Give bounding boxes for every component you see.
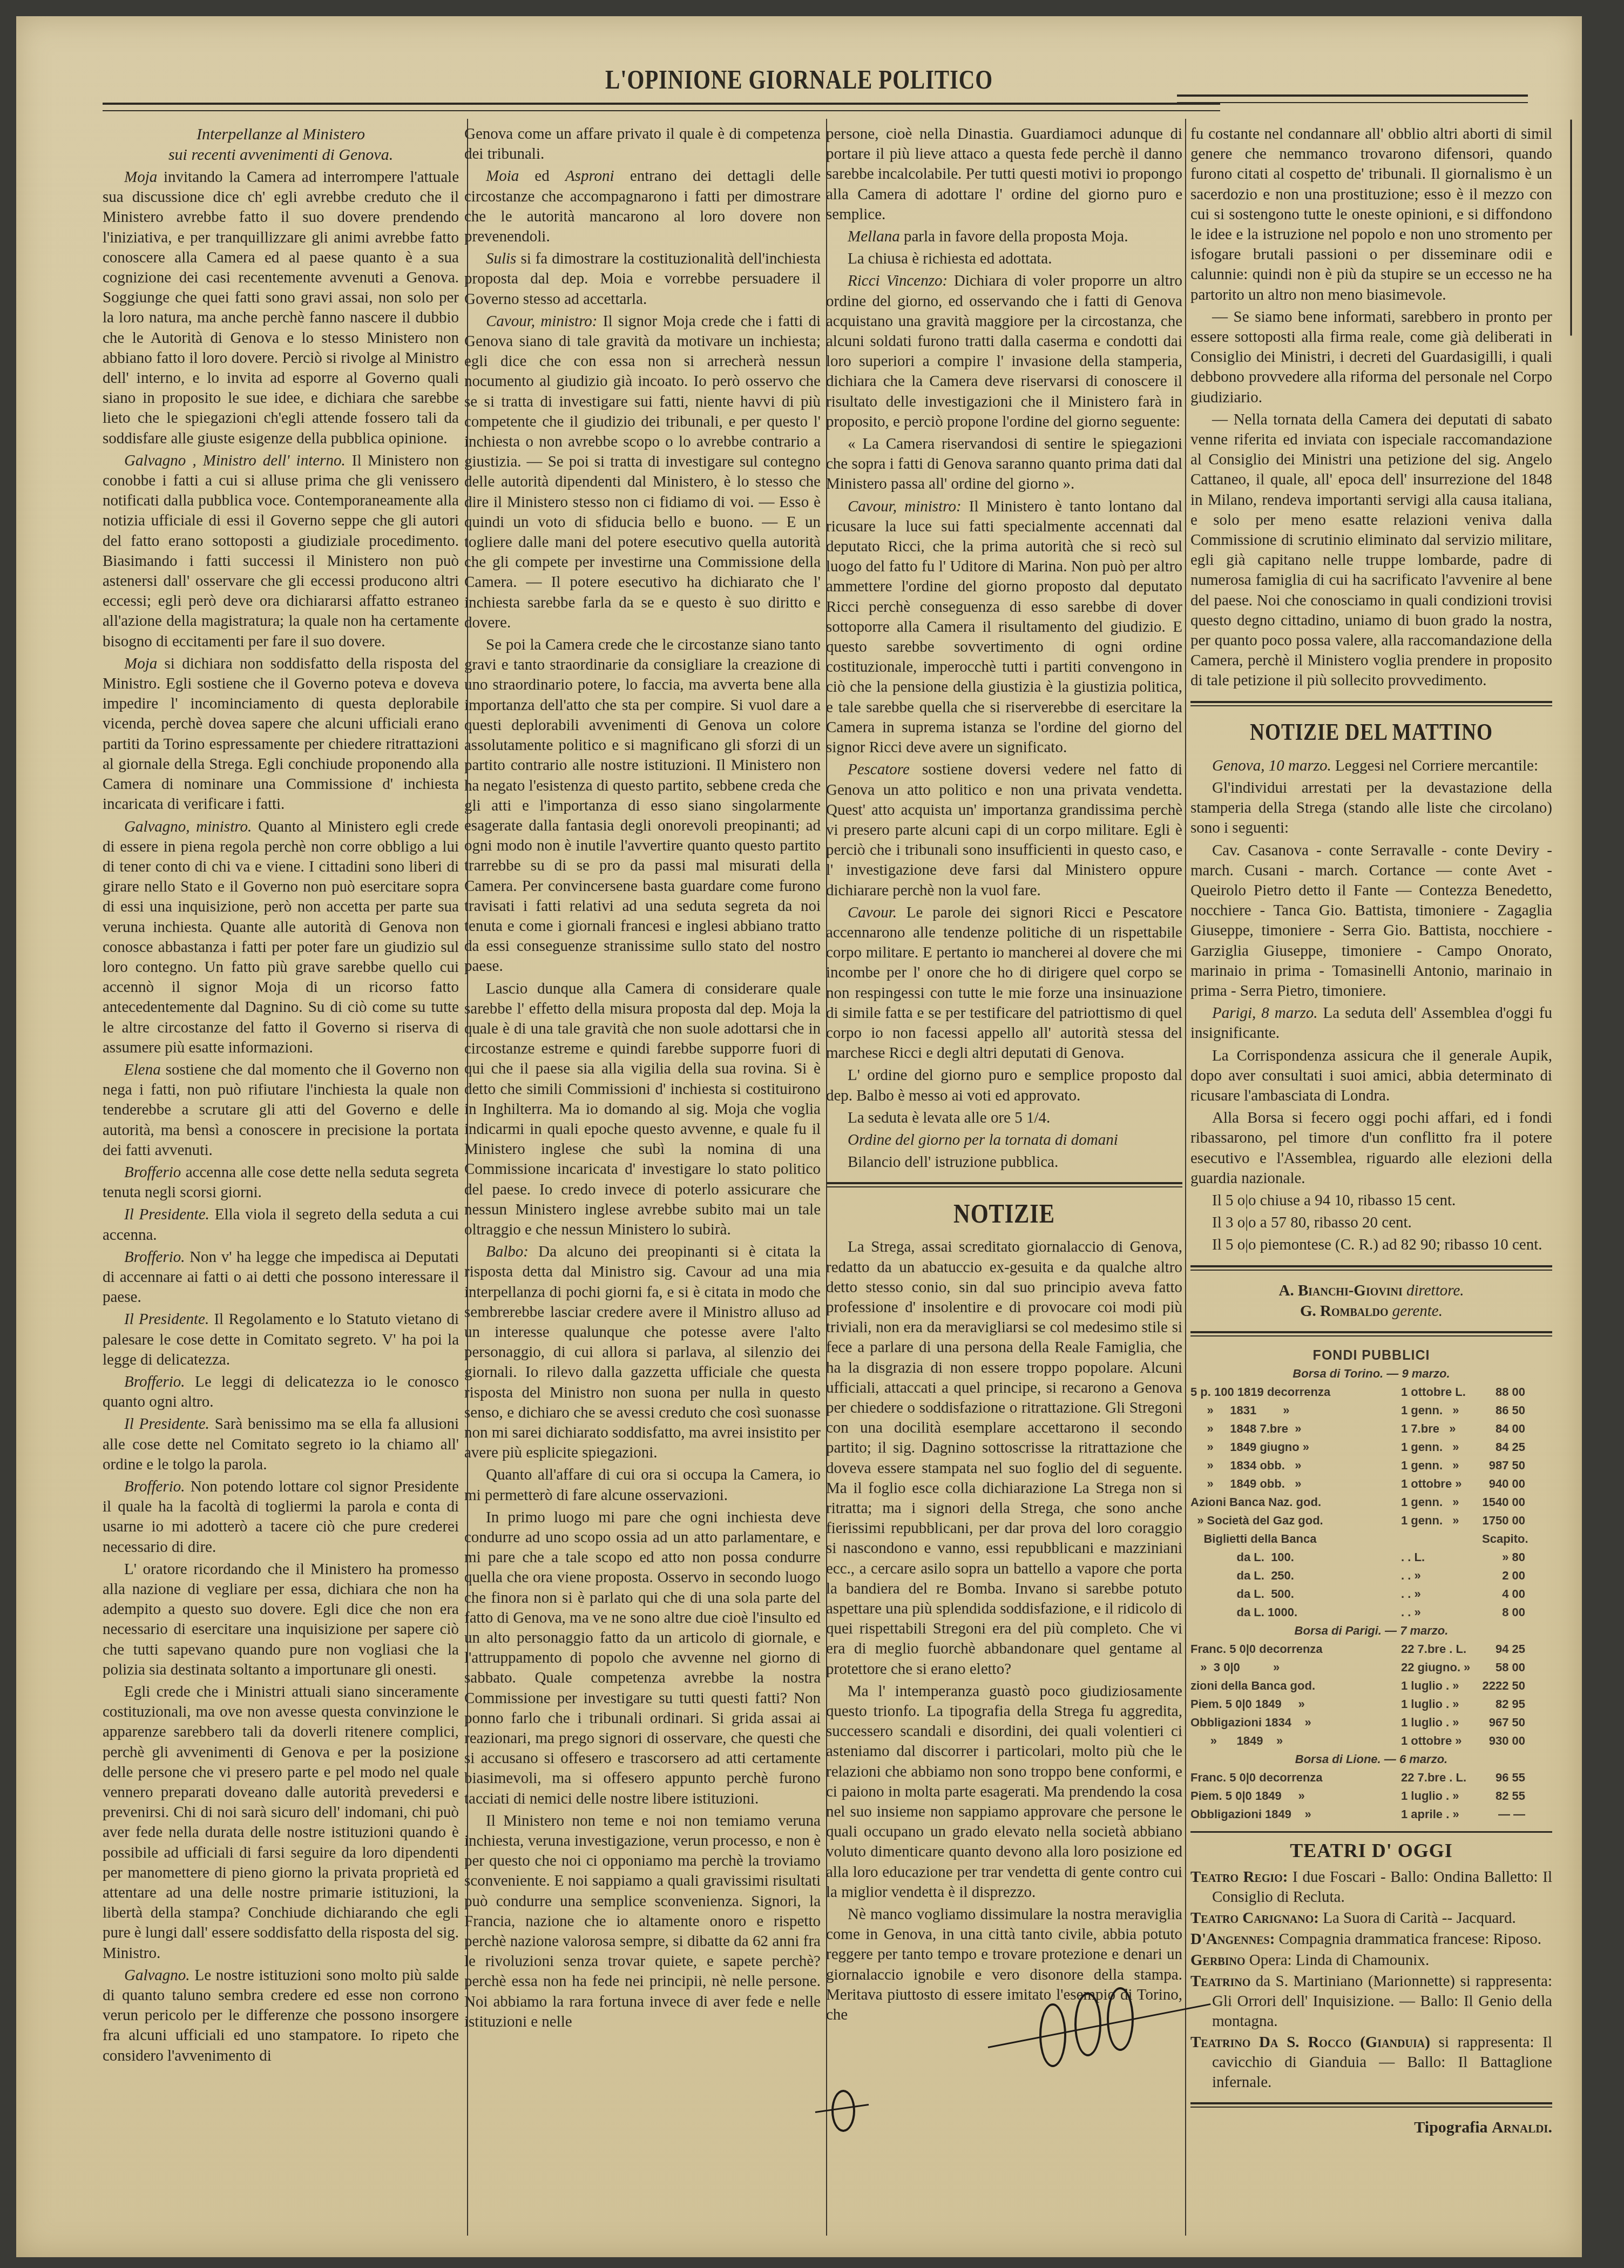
paragraph: Galvagno, ministro. Quanto al Ministero …: [103, 817, 459, 1058]
fondi-value: 2222 50: [1482, 1677, 1525, 1695]
paragraph-text: Cav. Casanova - conte Serravalle - conte…: [1190, 842, 1552, 1000]
paragraph-text: Alla Borsa si fecero oggi pochi affari, …: [1190, 1109, 1552, 1187]
fondi-row: Biglietti della BancaScapito.: [1190, 1530, 1552, 1548]
fondi-date: 1 aprile . »: [1401, 1805, 1482, 1824]
fondi-label: » 3 0|0 »: [1190, 1658, 1401, 1677]
fondi-label: da L. 250.: [1190, 1567, 1401, 1585]
fondi-label: da L. 1000.: [1190, 1603, 1401, 1622]
fondi-label: da L. 100.: [1190, 1548, 1401, 1567]
fondi-value: 1540 00: [1482, 1493, 1525, 1511]
paragraph-text: La Corrispondenza assicura che il genera…: [1190, 1047, 1552, 1104]
fondi-value: 96 55: [1482, 1769, 1525, 1787]
fondi-value: 2 00: [1482, 1567, 1525, 1585]
paragraph: Brofferio. Non v' ha legge che impedisca…: [103, 1247, 459, 1308]
paragraph-text: L' ordine del giorno puro e semplice pro…: [826, 1066, 1182, 1104]
fondi-value: 967 50: [1482, 1713, 1525, 1732]
teatro-listing: Teatro Carignano: La Suora di Carità -- …: [1190, 1908, 1552, 1928]
paragraph: Pescatore sostiene doversi vedere nel fa…: [826, 760, 1182, 900]
paragraph: La Strega, assai screditato giornalaccio…: [826, 1237, 1182, 1679]
section-rule: [1190, 701, 1552, 706]
speaker-name: Brofferio.: [124, 1373, 185, 1390]
paragraph-text: Il Ministero è tanto lontano dal ricusar…: [826, 498, 1182, 756]
fondi-label: Azioni Banca Naz. god.: [1190, 1493, 1401, 1511]
paragraph-text: si dichiara non soddisfatto della rispos…: [103, 655, 459, 813]
fondi-value: 82 55: [1482, 1787, 1525, 1805]
section-rule: [826, 1182, 1182, 1187]
teatri-heading: TEATRI D' OGGI: [1190, 1838, 1552, 1863]
column-2: Genova come un affare privato il quale è…: [464, 124, 821, 2034]
paragraph-text: invitando la Camera ad interrompere l'at…: [103, 168, 459, 447]
fondi-row: » Società del Gaz god.1 genn. »1750 00: [1190, 1511, 1552, 1530]
fondi-value: 987 50: [1482, 1456, 1525, 1475]
paragraph: Cavour. Le parole dei signori Ricci e Pe…: [826, 903, 1182, 1064]
fondi-date: 1 genn. »: [1401, 1511, 1482, 1530]
fondi-value: 1750 00: [1482, 1511, 1525, 1530]
paragraph: Moja invitando la Camera ad interrompere…: [103, 167, 459, 449]
fondi-date: [1401, 1530, 1482, 1548]
fondi-date: 22 giugno. »: [1401, 1658, 1482, 1677]
fondi-label: da L. 500.: [1190, 1585, 1401, 1603]
paragraph-text: Le parole dei signori Ricci e Pescatore …: [826, 904, 1182, 1062]
fondi-value: 930 00: [1482, 1732, 1525, 1750]
masthead-title: L'OPINIONE GIORNALE POLITICO: [157, 64, 1441, 95]
fondi-value: 58 00: [1482, 1658, 1525, 1677]
paragraph-text: fu costante nel condannare all' obblio a…: [1190, 125, 1552, 303]
speaker-name: Cavour, ministro:: [848, 498, 962, 515]
fondi-row: da L. 100.. . L.» 80: [1190, 1548, 1552, 1567]
fondi-date: 1 ottobre L.: [1401, 1383, 1482, 1401]
column-1: Interpellanze al Ministero sui recenti a…: [103, 124, 459, 2068]
teatro-listing: Teatro Regio: I due Foscari - Ballo: Ond…: [1190, 1867, 1552, 1907]
fondi-label: » 1849 obb. »: [1190, 1475, 1401, 1493]
speaker-name: Il Presidente.: [124, 1311, 209, 1328]
fondi-row: Obbligazioni 1849 »1 aprile . »— —: [1190, 1805, 1552, 1824]
paragraph-text: parla in favore della proposta Moja.: [900, 228, 1128, 245]
dateline: Parigi, 8 marzo.: [1212, 1004, 1318, 1022]
paragraph-text: Genova come un affare privato il quale è…: [464, 125, 821, 163]
fondi-label: » 1849 giugno »: [1190, 1438, 1401, 1456]
mattino-heading: NOTIZIE DEL MATTINO: [1217, 716, 1525, 748]
fondi-label: » 1834 obb. »: [1190, 1456, 1401, 1475]
paragraph-text: Se poi la Camera crede che le circostanz…: [464, 636, 821, 975]
paragraph-text: Dichiara di voler proporre un altro ordi…: [826, 272, 1182, 430]
fondi-label: Obbligazioni 1849 »: [1190, 1805, 1401, 1824]
fondi-label: » 1848 7.bre »: [1190, 1420, 1401, 1438]
section-rule: [1190, 1831, 1552, 1833]
fondi-date: 1 genn. »: [1401, 1401, 1482, 1420]
fondi-label: » 1849 »: [1190, 1732, 1401, 1750]
fondi-date: . . »: [1401, 1603, 1482, 1622]
paragraph: Brofferio. Non potendo lottare col signo…: [103, 1477, 459, 1557]
paragraph: Gl'individui arrestati per la devastazio…: [1190, 778, 1552, 839]
speaker-name: Pescatore: [848, 761, 910, 778]
paragraph-text: Ordine del giorno per la tornata di doma…: [848, 1131, 1118, 1149]
speaker-name: Galvagno.: [124, 1967, 190, 1984]
fondi-date: 1 7.bre »: [1401, 1420, 1482, 1438]
paragraph: Balbo: Da alcuno dei preopinanti si è ci…: [464, 1242, 821, 1463]
paragraph-text: La seduta è levata alle ore 5 1/4.: [848, 1109, 1050, 1126]
fondi-label: Biglietti della Banca: [1190, 1530, 1401, 1548]
speaker-name: Il Presidente.: [124, 1206, 209, 1223]
masthead-rule-right: [1177, 94, 1528, 103]
teatro-listing: Teatrino Da S. Rocco (Gianduia) si rappr…: [1190, 2033, 1552, 2092]
paragraph: Se poi la Camera crede che le circostanz…: [464, 635, 821, 976]
fondi-row: » 1849 giugno »1 genn. »84 25: [1190, 1438, 1552, 1456]
speaker-name: Ricci Vincenzo:: [848, 272, 948, 289]
speaker-name: Cavour.: [848, 904, 897, 921]
paragraph-text: Il signor Moja crede che i fatti di Geno…: [464, 313, 821, 631]
fondi-value: 4 00: [1482, 1585, 1525, 1603]
speaker-name: Moja: [124, 168, 157, 186]
teatro-name: Teatrino Da S. Rocco (Gianduia): [1190, 2034, 1430, 2051]
printer-label: Tipografia: [1414, 2118, 1492, 2136]
teatro-name: D'Angennes:: [1190, 1931, 1275, 1948]
paragraph: Cavour, ministro: Il signor Moja crede c…: [464, 312, 821, 633]
paragraph-text: — Se siamo bene informati, sarebbero in …: [1190, 308, 1552, 406]
teatro-listing: D'Angennes: Compagnia drammatica frances…: [1190, 1929, 1552, 1949]
paragraph: — Se siamo bene informati, sarebbero in …: [1190, 307, 1552, 408]
fondi-date: 1 genn. »: [1401, 1438, 1482, 1456]
fondi-value: 84 00: [1482, 1420, 1525, 1438]
paragraph: Brofferio. Le leggi di delicatezza io le…: [103, 1372, 459, 1412]
paragraph: La Corrispondenza assicura che il genera…: [1190, 1046, 1552, 1106]
paragraph: Sulis si fa dimostrare la costituzionali…: [464, 249, 821, 309]
fondi-row: Piem. 5 0|0 1849 »1 luglio . »82 95: [1190, 1695, 1552, 1713]
fondi-label: » 1831 »: [1190, 1401, 1401, 1420]
fondi-value: 84 25: [1482, 1438, 1525, 1456]
fondi-date: . . »: [1401, 1585, 1482, 1603]
signature-name: A. Bianchi-Giovini: [1278, 1282, 1406, 1299]
fondi-row: » 1834 obb. »1 genn. »987 50: [1190, 1456, 1552, 1475]
notizie-heading: NOTIZIE: [853, 1197, 1156, 1230]
speaker-name: Moja: [124, 655, 157, 672]
paragraph-text: Il 5 o|o piemontese (C. R.) ad 82 90; ri…: [1212, 1236, 1542, 1253]
fondi-row: Azioni Banca Naz. god.1 genn. »1540 00: [1190, 1493, 1552, 1511]
paragraph: Bilancio dell' istruzione pubblica.: [826, 1152, 1182, 1172]
fondi-value: » 80: [1482, 1548, 1525, 1567]
fondi-value: — —: [1482, 1805, 1525, 1824]
paragraph: Il 3 o|o a 57 80, ribasso 20 cent.: [1190, 1213, 1552, 1233]
ink-annotation-circle: [1074, 1993, 1101, 2056]
newspaper-page: L'OPINIONE GIORNALE POLITICO Interpellan…: [16, 16, 1582, 2257]
speaker-name: Brofferio.: [124, 1478, 185, 1495]
section-rule: [1190, 1265, 1552, 1271]
fondi-row: » 1849 »1 ottobre »930 00: [1190, 1732, 1552, 1750]
paragraph-text: persone, cioè nella Dinastia. Guardiamoc…: [826, 125, 1182, 223]
paragraph: fu costante nel condannare all' obblio a…: [1190, 124, 1552, 305]
fondi-row: 5 p. 100 1819 decorrenza1 ottobre L.88 0…: [1190, 1383, 1552, 1401]
paragraph-text: L' oratore ricordando che il Ministero h…: [103, 1561, 459, 1678]
dateline: Genova, 10 marzo.: [1212, 757, 1331, 774]
borsa-heading: Borsa di Lione. — 6 marzo.: [1190, 1750, 1552, 1769]
paragraph: La chiusa è richiesta ed adottata.: [826, 249, 1182, 269]
paragraph: Il 5 o|o chiuse a 94 10, ribasso 15 cent…: [1190, 1191, 1552, 1211]
speaker-name: Brofferio.: [124, 1248, 185, 1266]
fondi-value: 94 25: [1482, 1640, 1525, 1658]
fondi-label: » Società del Gaz god.: [1190, 1511, 1401, 1530]
fondi-date: 1 genn. »: [1401, 1456, 1482, 1475]
paragraph: Parigi, 8 marzo. La seduta dell' Assembl…: [1190, 1003, 1552, 1043]
paragraph-text: sostiene doversi vedere nel fatto di Gen…: [826, 761, 1182, 899]
column-3: persone, cioè nella Dinastia. Guardiamoc…: [826, 124, 1182, 2027]
paragraph: L' oratore ricordando che il Ministero h…: [103, 1560, 459, 1680]
fondi-value: 8 00: [1482, 1603, 1525, 1622]
fondi-row: Obbligazioni 1834 »1 luglio . »967 50: [1190, 1713, 1552, 1732]
fondi-row: da L. 250.. . »2 00: [1190, 1567, 1552, 1585]
paragraph: Ordine del giorno per la tornata di doma…: [826, 1130, 1182, 1150]
paragraph: Cav. Casanova - conte Serravalle - conte…: [1190, 841, 1552, 1002]
paragraph-text: Lascio dunque alla Camera di considerare…: [464, 980, 821, 1238]
fondi-date: 22 7.bre . L.: [1401, 1640, 1482, 1658]
fondi-date: 1 luglio . »: [1401, 1713, 1482, 1732]
fondi-row: Franc. 5 0|0 decorrenza22 7.bre . L.96 5…: [1190, 1769, 1552, 1787]
paragraph-text: Il 3 o|o a 57 80, ribasso 20 cent.: [1212, 1214, 1412, 1231]
paragraph: Brofferio accenna alle cose dette nella …: [103, 1163, 459, 1203]
fondi-date: . . L.: [1401, 1548, 1482, 1567]
paragraph: Cavour, ministro: Il Ministero è tanto l…: [826, 497, 1182, 758]
fondi-label: 5 p. 100 1819 decorrenza: [1190, 1383, 1401, 1401]
paragraph-text: Da alcuno dei preopinanti si è citata la…: [464, 1243, 821, 1461]
column-4: fu costante nel condannare all' obblio a…: [1190, 124, 1552, 2137]
paragraph: Il Presidente. Il Regolamento e lo Statu…: [103, 1309, 459, 1370]
paragraph-text: si fa dimostrare la costituzionalità del…: [464, 250, 821, 307]
fondi-date: 1 luglio . »: [1401, 1695, 1482, 1713]
speaker-name: Galvagno, ministro.: [124, 818, 252, 835]
paragraph-text: Ma l' intemperanza guastò poco giudizios…: [826, 1683, 1182, 1901]
paragraph: In primo luogo mi pare che ogni inchiest…: [464, 1508, 821, 1809]
fondi-row: Franc. 5 0|0 decorrenza22 7.bre . L.94 2…: [1190, 1640, 1552, 1658]
fondi-value: Scapito.: [1482, 1530, 1525, 1548]
fondi-label: zioni della Banca god.: [1190, 1677, 1401, 1695]
fondi-date: 1 luglio . »: [1401, 1787, 1482, 1805]
fondi-label: Franc. 5 0|0 decorrenza: [1190, 1769, 1401, 1787]
paragraph: Moia ed Asproni entrano dei dettagli del…: [464, 166, 821, 247]
speaker-name: Elena: [124, 1061, 161, 1078]
fondi-value: 86 50: [1482, 1401, 1525, 1420]
paragraph-text: Il 5 o|o chiuse a 94 10, ribasso 15 cent…: [1212, 1192, 1456, 1209]
paragraph: L' ordine del giorno puro e semplice pro…: [826, 1065, 1182, 1105]
paragraph: La seduta è levata alle ore 5 1/4.: [826, 1108, 1182, 1128]
paragraph: Egli crede che i Ministri attuali siano …: [103, 1682, 459, 1963]
paragraph: Ma l' intemperanza guastò poco giudizios…: [826, 1682, 1182, 1902]
speaker-name: Moia: [486, 167, 519, 185]
speaker-name: Galvagno , Ministro dell' interno.: [124, 452, 346, 469]
paragraph: Genova come un affare privato il quale è…: [464, 124, 821, 164]
borsa-heading: Borsa di Parigi. — 7 marzo.: [1190, 1622, 1552, 1640]
paragraph: Elena sostiene che dal momento che il Go…: [103, 1060, 459, 1160]
fondi-value: 88 00: [1482, 1383, 1525, 1401]
signature-role: direttore.: [1406, 1282, 1464, 1299]
teatro-listing: Teatrino da S. Martiniano (Marionnette) …: [1190, 1972, 1552, 2031]
signature-role: gerente.: [1392, 1302, 1443, 1320]
signature: G. Rombaldo gerente.: [1190, 1301, 1552, 1321]
speaker-name: Mellana: [848, 228, 900, 245]
paragraph: Galvagno. Le nostre istituzioni sono mol…: [103, 1966, 459, 2066]
fondi-date: 1 ottobre »: [1401, 1475, 1482, 1493]
paragraph: persone, cioè nella Dinastia. Guardiamoc…: [826, 124, 1182, 225]
signature-name: G. Rombaldo: [1300, 1302, 1392, 1320]
speaker-name: Cavour, ministro:: [486, 313, 598, 330]
printer-credit: Tipografia Arnaldi.: [1190, 2117, 1552, 2137]
paragraph-text: La chiusa è richiesta ed adottata.: [848, 250, 1052, 267]
speaker-name: Il Presidente.: [124, 1415, 209, 1433]
paragraph: « La Camera riservandosi di sentire le s…: [826, 434, 1182, 495]
teatro-program: da S. Martiniano (Marionnette) si rappre…: [1212, 1973, 1552, 2030]
fondi-row: da L. 1000.. . »8 00: [1190, 1603, 1552, 1622]
fondi-label: Piem. 5 0|0 1849 »: [1190, 1695, 1401, 1713]
ink-annotation-bracket: [1571, 120, 1572, 336]
fondi-row: Piem. 5 0|0 1849 »1 luglio . »82 55: [1190, 1787, 1552, 1805]
speaker-name: Sulis: [486, 250, 516, 267]
paragraph: Il Presidente. Sarà benissimo ma se ella…: [103, 1414, 459, 1475]
paragraph: Ricci Vincenzo: Dichiara di voler propor…: [826, 271, 1182, 432]
teatro-name: Teatro Carignano:: [1190, 1909, 1319, 1927]
fondi-row: » 1849 obb. »1 ottobre »940 00: [1190, 1475, 1552, 1493]
paragraph: Moja si dichiara non soddisfatto della r…: [103, 654, 459, 815]
paragraph-text: Gl'individui arrestati per la devastazio…: [1190, 779, 1552, 836]
fondi-row: » 3 0|0 »22 giugno. »58 00: [1190, 1658, 1552, 1677]
teatro-program: Compagnia drammatica francese: Riposo.: [1275, 1931, 1541, 1948]
teatro-program: La Suora di Carità -- Jacquard.: [1319, 1909, 1516, 1927]
paragraph-text: — Nella tornata della Camera dei deputat…: [1190, 411, 1552, 690]
fondi-row: zioni della Banca god.1 luglio . »2222 5…: [1190, 1677, 1552, 1695]
paragraph: Lascio dunque alla Camera di considerare…: [464, 979, 821, 1240]
speaker-name: Brofferio: [124, 1164, 181, 1181]
borsa-heading: Borsa di Torino. — 9 marzo.: [1190, 1365, 1552, 1383]
fondi-label: Piem. 5 0|0 1849 »: [1190, 1787, 1401, 1805]
masthead-rule: [103, 103, 1220, 111]
paragraph-text: Egli crede che i Ministri attuali siano …: [103, 1683, 459, 1962]
paragraph-text: « La Camera riservandosi di sentire le s…: [826, 435, 1182, 492]
paragraph: Genova, 10 marzo. Leggesi nel Corriere m…: [1190, 756, 1552, 776]
fondi-date: . . »: [1401, 1567, 1482, 1585]
paragraph-text: Quanto all'affare di cui ora si occupa l…: [464, 1466, 821, 1503]
paragraph: Il Presidente. Ella viola il segreto del…: [103, 1205, 459, 1245]
paragraph-text: Leggesi nel Corriere mercantile:: [1331, 757, 1538, 774]
fondi-label: Obbligazioni 1834 »: [1190, 1713, 1401, 1732]
fondi-date: 22 7.bre . L.: [1401, 1769, 1482, 1787]
fondi-title: FONDI PUBBLICI: [1190, 1346, 1552, 1365]
fondi-row: da L. 500.. . »4 00: [1190, 1585, 1552, 1603]
paragraph-text: In primo luogo mi pare che ogni inchiest…: [464, 1509, 821, 1807]
fondi-date: 1 genn. »: [1401, 1493, 1482, 1511]
paragraph: Mellana parla in favore della proposta M…: [826, 227, 1182, 247]
speaker-name: Balbo:: [486, 1243, 529, 1260]
signature: A. Bianchi-Giovini direttore.: [1190, 1280, 1552, 1301]
paragraph: Il Ministero non teme e noi non temiamo …: [464, 1811, 821, 2032]
teatro-listing: Gerbino Opera: Linda di Chamounix.: [1190, 1950, 1552, 1970]
fondi-value: 82 95: [1482, 1695, 1525, 1713]
section-rule: [1190, 1331, 1552, 1336]
fondi-pubblici-table: FONDI PUBBLICIBorsa di Torino. — 9 marzo…: [1190, 1346, 1552, 1824]
paragraph-text: Quanto al Ministero egli crede di essere…: [103, 818, 459, 1056]
paragraph: Galvagno , Ministro dell' interno. Il Mi…: [103, 451, 459, 652]
paragraph: Il 5 o|o piemontese (C. R.) ad 82 90; ri…: [1190, 1235, 1552, 1255]
paragraph-text: Il Ministero non teme e noi non temiamo …: [464, 1812, 821, 2030]
fondi-row: » 1848 7.bre »1 7.bre »84 00: [1190, 1420, 1552, 1438]
paragraph: Quanto all'affare di cui ora si occupa l…: [464, 1465, 821, 1505]
article-heading: Interpellanze al Ministero sui recenti a…: [103, 124, 459, 165]
fondi-row: » 1831 »1 genn. »86 50: [1190, 1401, 1552, 1420]
fondi-value: 940 00: [1482, 1475, 1525, 1493]
paragraph-text: Bilancio dell' istruzione pubblica.: [848, 1153, 1058, 1171]
teatro-name: Teatro Regio:: [1190, 1868, 1288, 1886]
ink-annotation-circle: [831, 2090, 855, 2132]
teatro-name: Teatrino: [1190, 1973, 1250, 1990]
section-rule: [1190, 2102, 1552, 2108]
printer-name: Arnaldi.: [1492, 2118, 1552, 2136]
speaker-name: Asproni: [565, 167, 614, 185]
fondi-label: Franc. 5 0|0 decorrenza: [1190, 1640, 1401, 1658]
teatro-name: Gerbino: [1190, 1952, 1245, 1969]
paragraph-text: La Strega, assai screditato giornalaccio…: [826, 1238, 1182, 1677]
teatro-program: Opera: Linda di Chamounix.: [1245, 1952, 1429, 1969]
column-divider-3: [1185, 119, 1186, 2236]
fondi-date: 1 ottobre »: [1401, 1732, 1482, 1750]
paragraph: — Nella tornata della Camera dei deputat…: [1190, 410, 1552, 691]
paragraph-text: Il Ministero non conobbe i fatti a cui s…: [103, 452, 459, 650]
fondi-date: 1 luglio . »: [1401, 1677, 1482, 1695]
paragraph: Alla Borsa si fecero oggi pochi affari, …: [1190, 1108, 1552, 1189]
